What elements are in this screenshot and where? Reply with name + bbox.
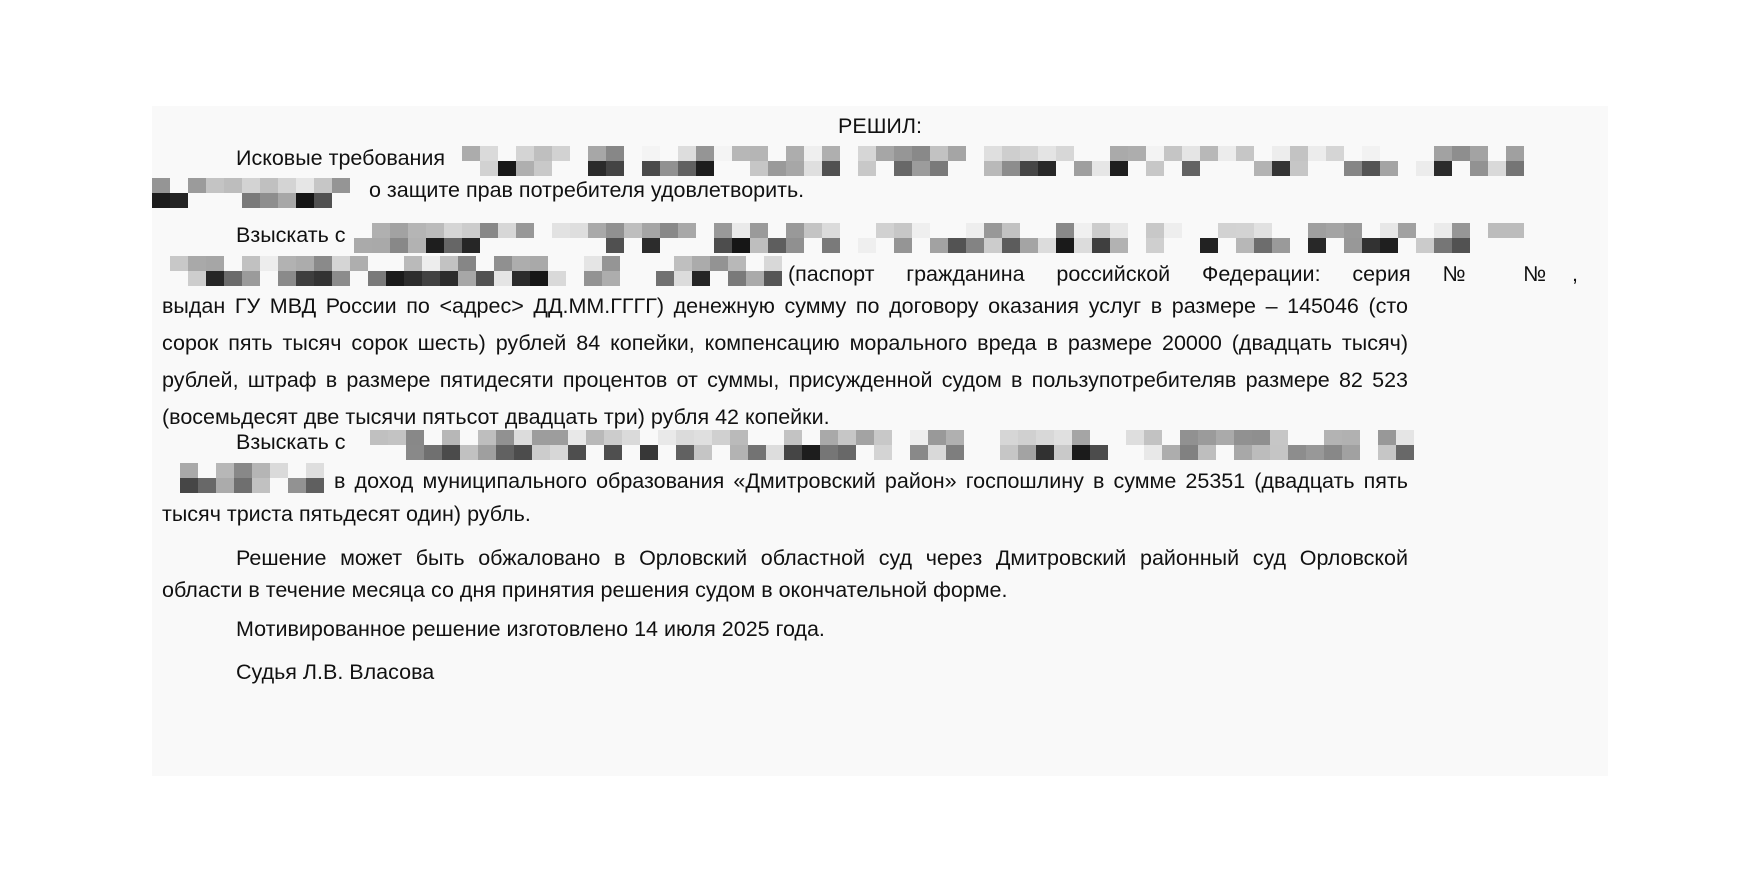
claims-suffix: о защите прав потребителя удовлетворить. bbox=[369, 178, 804, 203]
redacted-block bbox=[180, 463, 332, 493]
redacted-block bbox=[152, 178, 357, 208]
body-line: (восемьдесят две тысячи пятьсот двадцать… bbox=[162, 405, 830, 429]
body-line: выдан ГУ МВД России по <адрес> ДД.ММ.ГГГ… bbox=[162, 288, 1408, 325]
redacted-block bbox=[462, 146, 1554, 176]
appeal-line: области в течение месяца со дня принятия… bbox=[162, 578, 1007, 602]
reasoned-decision-line: Мотивированное решение изготовлено 14 ию… bbox=[236, 617, 825, 642]
redacted-block bbox=[354, 223, 1554, 253]
document-page: РЕШИЛ: Исковые требования о защите прав … bbox=[152, 106, 1608, 776]
body-line: рублей, штраф в размере пятидесяти проце… bbox=[162, 362, 1408, 399]
state-duty-text: в доход муниципального образования «Дмит… bbox=[334, 463, 1408, 500]
claims-prefix: Исковые требования bbox=[236, 146, 445, 171]
decision-heading: РЕШИЛ: bbox=[152, 114, 1608, 139]
body-line: сорок пять тысяч сорок шесть) рублей 84 … bbox=[162, 325, 1408, 362]
recover-prefix: Взыскать с bbox=[236, 223, 346, 248]
recover-prefix: Взыскать с bbox=[236, 430, 346, 455]
body-line: тысяч триста пятьдесят один) рубль. bbox=[162, 502, 531, 526]
redacted-block bbox=[370, 430, 1416, 460]
judge-signature: Судья Л.В. Власова bbox=[236, 660, 434, 685]
redacted-block bbox=[152, 256, 784, 286]
